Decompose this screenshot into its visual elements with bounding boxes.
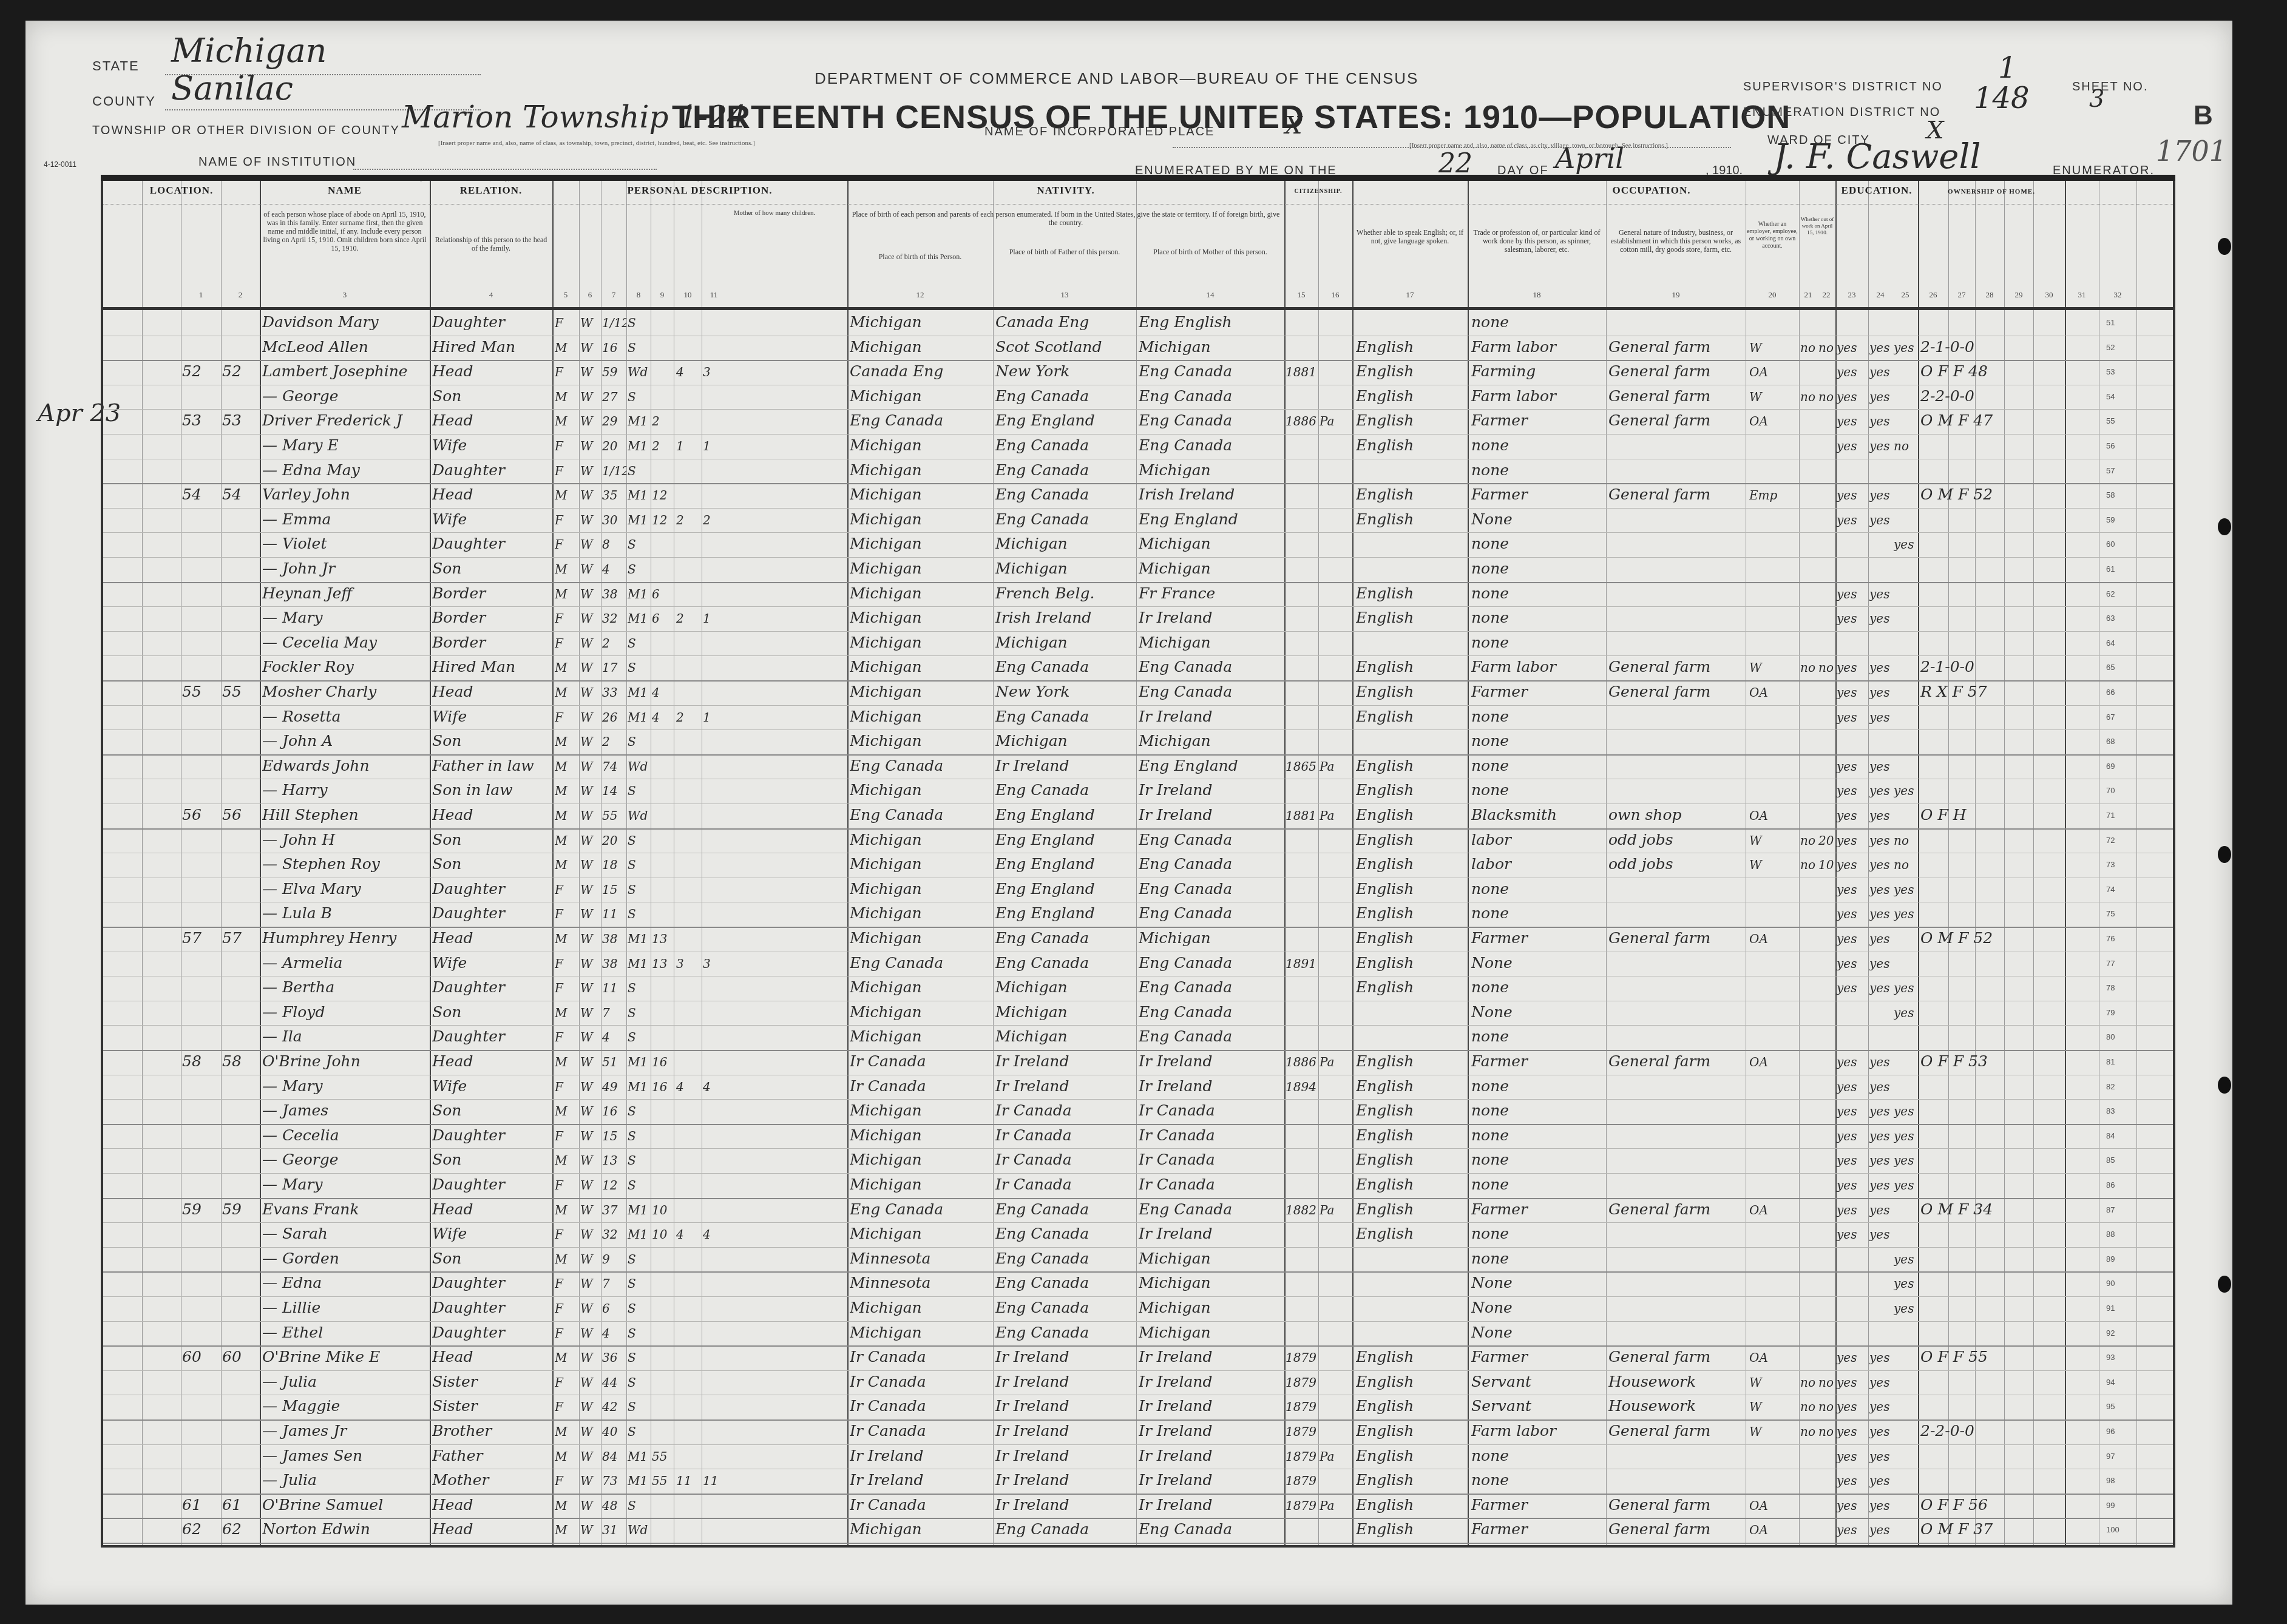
line-number: 64 <box>2106 638 2115 648</box>
cell-sex: F <box>555 1227 578 1242</box>
col-num: 19 <box>1606 290 1746 300</box>
cell-age: 12 <box>602 1178 626 1193</box>
cell-birth: Michigan <box>850 781 992 799</box>
cell-yrs-married: 4 <box>652 710 674 725</box>
cell-own: O M F 34 <box>1920 1200 2064 1218</box>
ward-label: WARD OF CITY <box>1767 134 1870 147</box>
cell-trade: Farmer <box>1471 1496 1606 1514</box>
cell-age: 38 <box>602 587 626 601</box>
cell-write: yes <box>1869 858 1892 872</box>
cell-race: W <box>580 858 601 872</box>
cell-lang: English <box>1356 387 1468 405</box>
cell-dwelling: 61 <box>182 1496 219 1514</box>
cell-lang: English <box>1356 683 1468 700</box>
cell-industry: General farm <box>1608 1520 1744 1538</box>
cell-relation: Daughter <box>432 535 551 552</box>
cell-read: yes <box>1837 907 1868 921</box>
cell-sex: M <box>555 660 578 675</box>
cell-mother: Ir Ireland <box>1139 1348 1283 1365</box>
cell-sex: F <box>555 981 578 995</box>
table-row: — EthelDaughterFW4SMichiganEng CanadaMic… <box>103 1321 2173 1347</box>
cell-lang: English <box>1356 1052 1468 1070</box>
cell-name: — Bertha <box>262 978 430 996</box>
cell-immig: 1879 <box>1286 1399 1318 1414</box>
col-num: 24 <box>1868 290 1892 300</box>
cell-relation: Son <box>432 732 551 749</box>
col-num: 21 <box>1799 290 1817 300</box>
cell-living: 4 <box>703 1080 725 1094</box>
cell-race: W <box>580 390 601 404</box>
table-row: Edwards JohnFather in lawMW74WdEng Canad… <box>103 754 2173 780</box>
cell-age: 18 <box>602 858 626 872</box>
col-num: 32 <box>2099 290 2136 300</box>
cell-name: McLeod Allen <box>262 338 430 356</box>
cell-age: 4 <box>602 1326 626 1341</box>
cell-race: W <box>580 734 601 749</box>
cell-trade: None <box>1471 1324 1606 1341</box>
cell-mother: Ir Ireland <box>1139 708 1283 725</box>
cell-father: Eng England <box>995 904 1135 922</box>
cell-name: — Mary E <box>262 436 430 454</box>
line-number: 74 <box>2106 885 2115 894</box>
cell-race: W <box>580 759 601 774</box>
cell-immig: 1879 <box>1286 1449 1318 1464</box>
cell-own: 2-2-0-0 <box>1920 1422 2064 1440</box>
cell-father: Eng Canada <box>995 1299 1135 1316</box>
col-num: 22 <box>1817 290 1835 300</box>
cell-name: — Cecelia May <box>262 634 430 651</box>
cell-sex: F <box>555 513 578 527</box>
cell-immig: 1891 <box>1286 956 1318 971</box>
cell-nat: Pa <box>1320 1203 1351 1217</box>
cell-mother: Michigan <box>1139 1324 1283 1341</box>
cell-living: 3 <box>703 365 725 379</box>
cell-father: French Belg. <box>995 584 1135 602</box>
cell-oow: no <box>1800 1424 1817 1439</box>
cell-birth: Michigan <box>850 683 992 700</box>
cell-race: W <box>580 660 601 675</box>
line-number: 52 <box>2106 343 2115 352</box>
cell-age: 51 <box>602 1055 626 1069</box>
cell-marital: M1 <box>628 1449 651 1464</box>
cell-birth: Michigan <box>850 584 992 602</box>
cell-lang: English <box>1356 954 1468 972</box>
cell-birth: Ir Canada <box>850 1496 992 1514</box>
institution-label: NAME OF INSTITUTION <box>198 155 356 169</box>
cell-race: W <box>580 1523 601 1537</box>
line-number: 65 <box>2106 663 2115 672</box>
cell-relation: Head <box>432 362 551 380</box>
cell-relation: Wife <box>432 1225 551 1242</box>
cell-industry: General farm <box>1608 387 1744 405</box>
cell-age: 42 <box>602 1399 626 1414</box>
table-row: — CeceliaDaughterFW15SMichiganIr CanadaI… <box>103 1124 2173 1149</box>
cell-emp: W <box>1749 340 1798 355</box>
cell-read: yes <box>1837 956 1868 971</box>
cell-sex: M <box>555 414 578 428</box>
cell-father: Eng Canada <box>995 1250 1135 1267</box>
cell-lang: English <box>1356 904 1468 922</box>
cell-trade: None <box>1471 954 1606 972</box>
cell-birth: Eng Canada <box>850 757 992 774</box>
cell-name: — Edna <box>262 1274 430 1291</box>
cell-father: Ir Ireland <box>995 1471 1135 1489</box>
cell-marital: S <box>628 981 651 995</box>
cell-sex: M <box>555 488 578 502</box>
line-number: 61 <box>2106 564 2115 573</box>
cell-name: — Mary <box>262 1176 430 1193</box>
cell-father: Eng Canada <box>995 708 1135 725</box>
cell-marital: S <box>628 1178 651 1193</box>
cell-age: 2 <box>602 636 626 651</box>
cell-race: W <box>580 1153 601 1168</box>
cell-read: yes <box>1837 1399 1868 1414</box>
cell-trade: none <box>1471 1126 1606 1144</box>
cell-weeks: no <box>1818 340 1835 355</box>
cell-born: 4 <box>676 365 700 379</box>
cell-family: 61 <box>222 1496 259 1514</box>
cell-school: yes <box>1894 1301 1918 1316</box>
cell-birth: Ir Ireland <box>850 1471 992 1489</box>
cell-weeks: no <box>1818 660 1835 675</box>
cell-marital: S <box>628 858 651 872</box>
cell-sex: M <box>555 1350 578 1365</box>
cell-father: Eng Canada <box>995 1274 1135 1291</box>
cell-relation: Daughter <box>432 978 551 996</box>
table-row: — EdnaDaughterFW7SMinnesotaEng CanadaMic… <box>103 1271 2173 1297</box>
cell-marital: M1 <box>628 611 651 626</box>
cell-trade: Farmer <box>1471 1348 1606 1365</box>
cell-age: 74 <box>602 759 626 774</box>
cell-sex: M <box>555 1104 578 1118</box>
cell-write: yes <box>1869 1178 1892 1193</box>
cell-race: W <box>580 907 601 921</box>
name-column-description: of each person whose place of abode on A… <box>262 210 427 252</box>
table-row: — Mary EWifeFW20M1211MichiganEng CanadaE… <box>103 434 2173 459</box>
cell-father: Ir Canada <box>995 1101 1135 1119</box>
cell-mother: Ir Ireland <box>1139 781 1283 799</box>
cell-age: 38 <box>602 956 626 971</box>
cell-father: Eng Canada <box>995 1225 1135 1242</box>
col-num: 4 <box>430 290 552 300</box>
cell-trade: none <box>1471 708 1606 725</box>
cell-race: W <box>580 1350 601 1365</box>
line-number: 55 <box>2106 416 2115 425</box>
cell-birth: Michigan <box>850 978 992 996</box>
cell-age: 6 <box>602 1301 626 1316</box>
ward-value: X <box>1926 117 1943 144</box>
cell-sex: M <box>555 833 578 848</box>
cell-mother: Ir Ireland <box>1139 1447 1283 1464</box>
cell-oow: no <box>1800 390 1817 404</box>
line-number: 97 <box>2106 1452 2115 1461</box>
cell-father: Eng England <box>995 880 1135 898</box>
birth-mother-header: Place of birth of Mother of this person. <box>1139 248 1282 256</box>
cell-birth: Michigan <box>850 560 992 577</box>
col-num: 7 <box>601 290 626 300</box>
cell-yrs-married: 16 <box>652 1080 674 1094</box>
cell-trade: none <box>1471 880 1606 898</box>
cell-write: yes <box>1869 808 1892 823</box>
cell-race: W <box>580 1129 601 1143</box>
cell-father: Michigan <box>995 634 1135 651</box>
cell-relation: Daughter <box>432 880 551 898</box>
cell-industry: odd jobs <box>1608 831 1744 848</box>
col-num: 23 <box>1835 290 1868 300</box>
cell-sex: F <box>555 611 578 626</box>
cell-race: W <box>580 833 601 848</box>
cell-father: Eng Canada <box>995 781 1135 799</box>
cell-relation: Head <box>432 1052 551 1070</box>
cell-trade: none <box>1471 904 1606 922</box>
cell-birth: Eng Canada <box>850 954 992 972</box>
department-heading: DEPARTMENT OF COMMERCE AND LABOR—BUREAU … <box>815 69 1418 88</box>
cell-industry: General farm <box>1608 411 1744 429</box>
cell-own: O F F 56 <box>1920 1496 2064 1514</box>
cell-sex: M <box>555 1252 578 1267</box>
cell-lang: English <box>1356 658 1468 675</box>
cell-own: R X F 57 <box>1920 683 2064 700</box>
cell-age: 4 <box>602 562 626 577</box>
cell-race: W <box>580 340 601 355</box>
cell-sex: F <box>555 1399 578 1414</box>
group-relation: RELATION. <box>430 184 552 197</box>
cell-lang: English <box>1356 1520 1468 1538</box>
cell-marital: S <box>628 464 651 478</box>
table-row: — Cecelia MayBorderFW2SMichiganMichiganM… <box>103 631 2173 657</box>
cell-read: yes <box>1837 1178 1868 1193</box>
county-value: Sanilac <box>171 69 293 107</box>
col-num: 28 <box>1975 290 2004 300</box>
cell-sex: M <box>555 562 578 577</box>
cell-family: 62 <box>222 1520 259 1538</box>
cell-marital: S <box>628 1104 651 1118</box>
cell-relation: Wife <box>432 1077 551 1095</box>
cell-birth: Michigan <box>850 486 992 503</box>
cell-marital: M1 <box>628 1203 651 1217</box>
cell-race: W <box>580 464 601 478</box>
cell-birth: Eng Canada <box>850 411 992 429</box>
cell-name: — James <box>262 1101 430 1119</box>
cell-sex: M <box>555 734 578 749</box>
col-num: 25 <box>1892 290 1918 300</box>
cell-marital: S <box>628 1030 651 1044</box>
cell-lang: English <box>1356 584 1468 602</box>
mother-of-description: Mother of how many children. <box>704 209 845 217</box>
group-occupation: OCCUPATION. <box>1468 184 1835 197</box>
cell-relation: Wife <box>432 510 551 528</box>
table-row: — GeorgeSonMW13SMichiganIr CanadaIr Cana… <box>103 1148 2173 1174</box>
cell-industry: General farm <box>1608 1200 1744 1218</box>
cell-own: 2-1-0-0 <box>1920 658 2064 675</box>
cell-race: W <box>580 1449 601 1464</box>
cell-emp: W <box>1749 858 1798 872</box>
cell-mother: Ir Ireland <box>1139 1471 1283 1489</box>
cell-trade: Farm labor <box>1471 387 1606 405</box>
county-label: COUNTY <box>92 93 156 109</box>
cell-industry: General farm <box>1608 1422 1744 1440</box>
cell-age: 7 <box>602 1006 626 1020</box>
cell-mother: Irish Ireland <box>1139 486 1283 503</box>
group-personal-description: PERSONAL DESCRIPTION. <box>552 184 847 197</box>
cell-write: yes <box>1869 1399 1892 1414</box>
col-num: 10 <box>674 290 702 300</box>
cell-trade: None <box>1471 1274 1606 1291</box>
cell-write: yes <box>1869 1424 1892 1439</box>
cell-name: — George <box>262 387 430 405</box>
cell-born: 11 <box>676 1473 700 1488</box>
cell-marital: M1 <box>628 414 651 428</box>
cell-name: — Edna May <box>262 461 430 479</box>
table-row: 5656Hill StephenHeadMW55WdEng CanadaEng … <box>103 804 2173 830</box>
cell-marital: S <box>628 660 651 675</box>
cell-race: W <box>580 685 601 700</box>
cell-dwelling: 62 <box>182 1520 219 1538</box>
cell-mother: Eng Canada <box>1139 436 1283 454</box>
line-number: 56 <box>2106 441 2115 450</box>
cell-immig: 1879 <box>1286 1424 1318 1439</box>
cell-write: yes <box>1869 611 1892 626</box>
cell-industry: General farm <box>1608 1496 1744 1514</box>
cell-marital: S <box>628 833 651 848</box>
cell-family: 55 <box>222 683 259 700</box>
cell-industry: General farm <box>1608 683 1744 700</box>
cell-read: yes <box>1837 1104 1868 1118</box>
cell-birth: Michigan <box>850 732 992 749</box>
cell-emp: OA <box>1749 1203 1798 1217</box>
enumeration-district-value: 148 <box>1974 81 2030 115</box>
cell-nat: Pa <box>1320 1498 1351 1513</box>
cell-sex: F <box>555 710 578 725</box>
cell-marital: S <box>628 340 651 355</box>
supervisor-district-label: SUPERVISOR'S DISTRICT No <box>1743 80 1943 94</box>
cell-industry: General farm <box>1608 658 1744 675</box>
cell-relation: Border <box>432 609 551 626</box>
cell-read: yes <box>1837 1350 1868 1365</box>
cell-lang: English <box>1356 880 1468 898</box>
language-header: Whether able to speak English; or, if no… <box>1355 228 1465 245</box>
cell-write: yes <box>1869 587 1892 601</box>
cell-lang: English <box>1356 708 1468 725</box>
cell-yrs-married: 2 <box>652 439 674 453</box>
cell-birth: Michigan <box>850 387 992 405</box>
line-number: 76 <box>2106 934 2115 943</box>
cell-immig: 1879 <box>1286 1473 1318 1488</box>
cell-trade: none <box>1471 560 1606 577</box>
cell-living: 1 <box>703 710 725 725</box>
cell-relation: Daughter <box>432 313 551 331</box>
cell-name: Edwards John <box>262 757 430 774</box>
cell-yrs-married: 6 <box>652 611 674 626</box>
cell-age: 73 <box>602 1473 626 1488</box>
cell-dwelling: 52 <box>182 362 219 380</box>
cell-race: W <box>580 1104 601 1118</box>
cell-trade: none <box>1471 609 1606 626</box>
cell-family: 59 <box>222 1200 259 1218</box>
cell-yrs-married: 2 <box>652 414 674 428</box>
cell-relation: Father in law <box>432 757 551 774</box>
cell-marital: M1 <box>628 587 651 601</box>
cell-relation: Daughter <box>432 1274 551 1291</box>
cell-father: Eng Canada <box>995 436 1135 454</box>
table-row: 6060O'Brine Mike EHeadMW36SIr CanadaIr I… <box>103 1345 2173 1371</box>
line-number: 95 <box>2106 1402 2115 1411</box>
cell-living: 4 <box>703 1227 725 1242</box>
cell-race: W <box>580 439 601 453</box>
line-number: 91 <box>2106 1304 2115 1313</box>
cell-read: yes <box>1837 882 1868 897</box>
cell-own: O F F 55 <box>1920 1348 2064 1365</box>
cell-father: Ir Ireland <box>995 1052 1135 1070</box>
cell-birth: Ir Canada <box>850 1397 992 1415</box>
cell-write: yes <box>1869 1375 1892 1390</box>
line-number: 62 <box>2106 589 2115 598</box>
cell-name: O'Brine Mike E <box>262 1348 430 1365</box>
cell-birth: Michigan <box>850 658 992 675</box>
cell-father: Eng Canada <box>995 1520 1135 1538</box>
cell-race: W <box>580 1030 601 1044</box>
cell-father: Ir Canada <box>995 1151 1135 1168</box>
cell-lang: English <box>1356 1077 1468 1095</box>
cell-write: yes <box>1869 390 1892 404</box>
cell-emp: OA <box>1749 1350 1798 1365</box>
table-row: 5858O'Brine JohnHeadMW51M116Ir CanadaIr … <box>103 1050 2173 1075</box>
cell-immig: 1894 <box>1286 1080 1318 1094</box>
cell-age: 11 <box>602 907 626 921</box>
cell-yrs-married: 55 <box>652 1449 674 1464</box>
table-row: — LillieDaughterFW6SMichiganEng CanadaMi… <box>103 1296 2173 1322</box>
cell-lang: English <box>1356 1176 1468 1193</box>
cell-birth: Michigan <box>850 708 992 725</box>
cell-write: yes <box>1869 783 1892 798</box>
cell-immig: 1865 <box>1286 759 1318 774</box>
cell-marital: M1 <box>628 1227 651 1242</box>
cell-lang: English <box>1356 1151 1468 1168</box>
cell-marital: M1 <box>628 932 651 946</box>
cell-mother: Michigan <box>1139 732 1283 749</box>
line-number: 98 <box>2106 1476 2115 1485</box>
state-value: Michigan <box>171 32 327 70</box>
cell-name: — Cecelia <box>262 1126 430 1144</box>
cell-birth: Michigan <box>850 1003 992 1021</box>
cell-relation: Brother <box>432 1422 551 1440</box>
cell-read: yes <box>1837 710 1868 725</box>
cell-trade: Servant <box>1471 1373 1606 1390</box>
cell-relation: Son <box>432 560 551 577</box>
cell-father: Ir Ireland <box>995 1422 1135 1440</box>
township-note: [Insert proper name and, also, name of c… <box>438 140 755 147</box>
punch-hole <box>2218 238 2231 255</box>
cell-lang: English <box>1356 510 1468 528</box>
cell-mother: Ir Canada <box>1139 1101 1283 1119</box>
cell-race: W <box>580 414 601 428</box>
cell-school: yes <box>1894 907 1918 921</box>
cell-relation: Head <box>432 1200 551 1218</box>
cell-marital: S <box>628 783 651 798</box>
group-education: EDUCATION. <box>1835 184 1918 197</box>
cell-mother: Eng Canada <box>1139 880 1283 898</box>
cell-father: Eng England <box>995 831 1135 848</box>
cell-relation: Head <box>432 683 551 700</box>
cell-write: yes <box>1869 907 1892 921</box>
cell-name: — Rosetta <box>262 708 430 725</box>
cell-lang: English <box>1356 609 1468 626</box>
cell-mother: Eng Canada <box>1139 1520 1283 1538</box>
cell-school: yes <box>1894 1252 1918 1267</box>
cell-sex: F <box>555 1375 578 1390</box>
cell-marital: S <box>628 537 651 552</box>
cell-own: O M F 47 <box>1920 411 2064 429</box>
